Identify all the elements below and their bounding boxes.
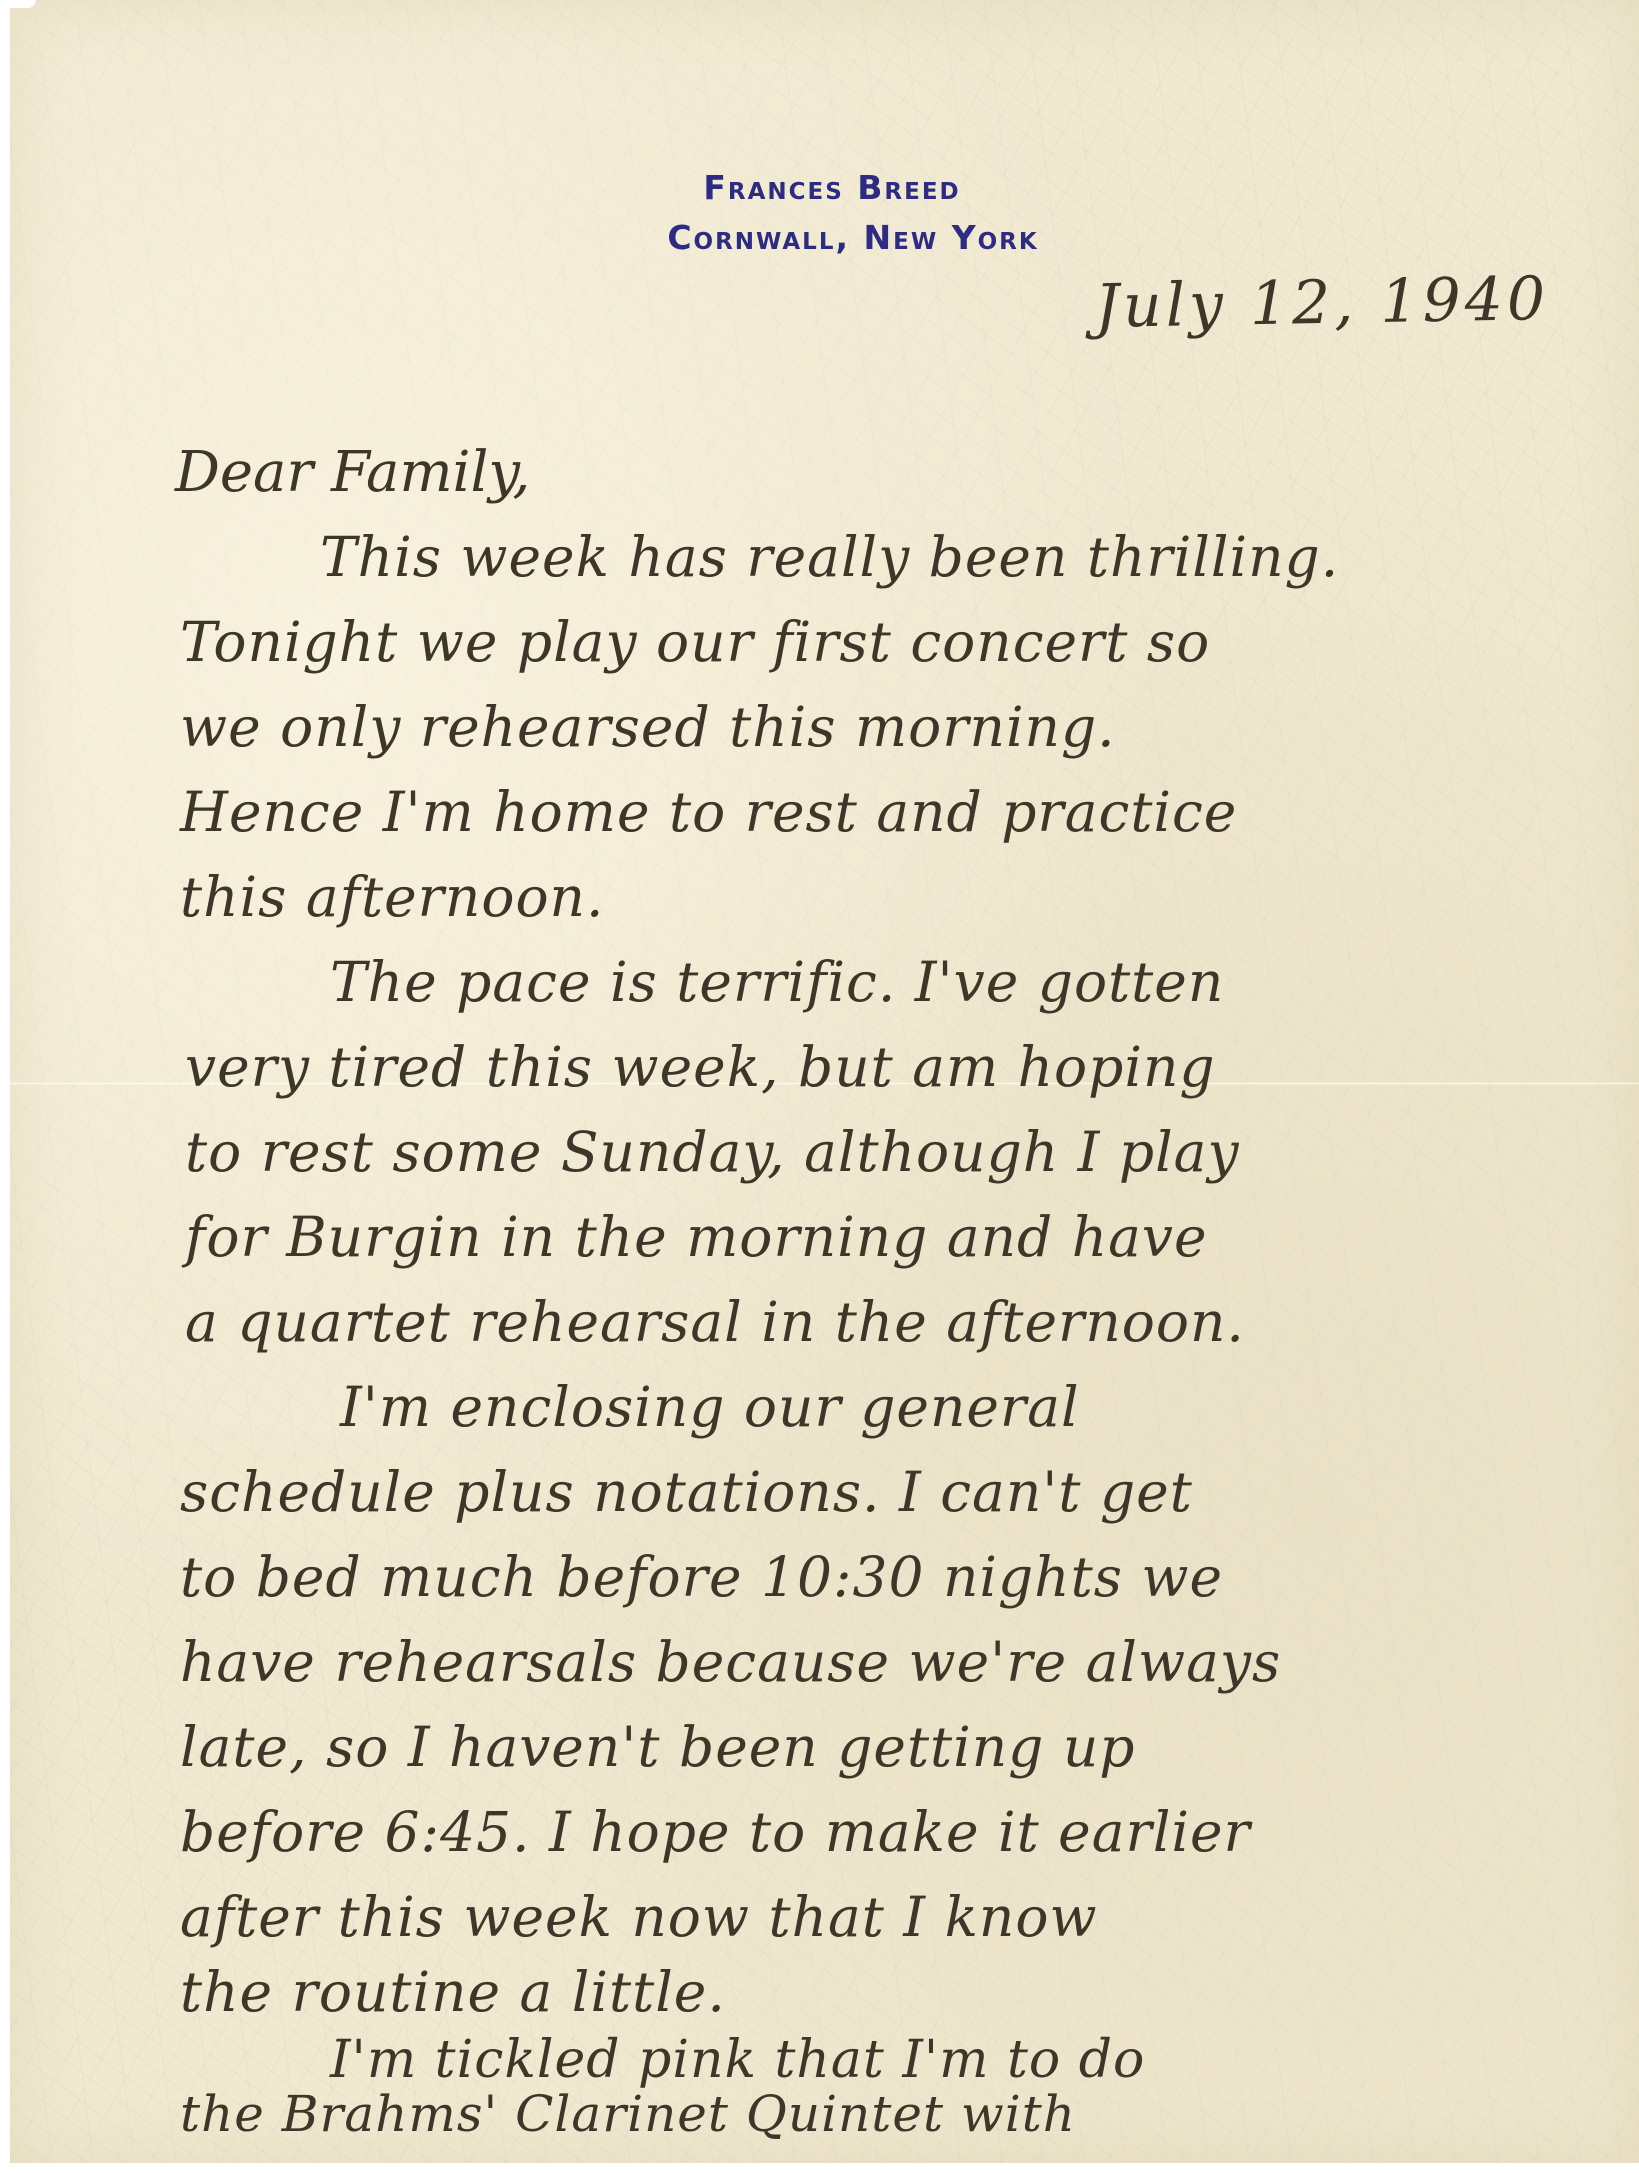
body-line: have rehearsals because we're always: [180, 1630, 1281, 1694]
body-line: very tired this week, but am hoping: [185, 1035, 1216, 1099]
body-line: The pace is terrific. I've gotten: [330, 950, 1224, 1014]
letter-date: July 12, 1940: [1094, 264, 1549, 342]
body-line: for Burgin in the morning and have: [185, 1205, 1208, 1269]
body-line: Hence I'm home to rest and practice: [180, 780, 1237, 844]
body-line: late, so I haven't been getting up: [180, 1715, 1136, 1779]
letterhead-name: Frances Breed: [612, 168, 1052, 207]
body-line: Tonight we play our first concert so: [180, 610, 1210, 674]
body-line: the routine a little.: [180, 1960, 726, 2024]
body-line: the Brahms' Clarinet Quintet with: [180, 2085, 1076, 2143]
body-line: a quartet rehearsal in the afternoon.: [185, 1290, 1245, 1354]
body-line: after this week now that I know: [180, 1885, 1098, 1949]
letterhead-location: Cornwall, New York: [618, 218, 1088, 257]
body-line: I'm enclosing our general: [340, 1375, 1080, 1439]
salutation: Dear Family,: [175, 440, 530, 505]
body-line: to rest some Sunday, although I play: [185, 1120, 1240, 1184]
body-line: to bed much before 10:30 nights we: [180, 1545, 1223, 1609]
body-line: we only rehearsed this morning.: [180, 695, 1116, 759]
letter-paper: Frances Breed Cornwall, New York July 12…: [10, 0, 1639, 2163]
body-line: This week has really been thrilling.: [320, 525, 1339, 589]
body-line: schedule plus notations. I can't get: [180, 1460, 1193, 1524]
body-line: before 6:45. I hope to make it earlier: [180, 1800, 1251, 1864]
body-line: this afternoon.: [180, 865, 604, 929]
body-line: I'm tickled pink that I'm to do: [330, 2030, 1145, 2090]
paper-corner: [10, 0, 36, 8]
